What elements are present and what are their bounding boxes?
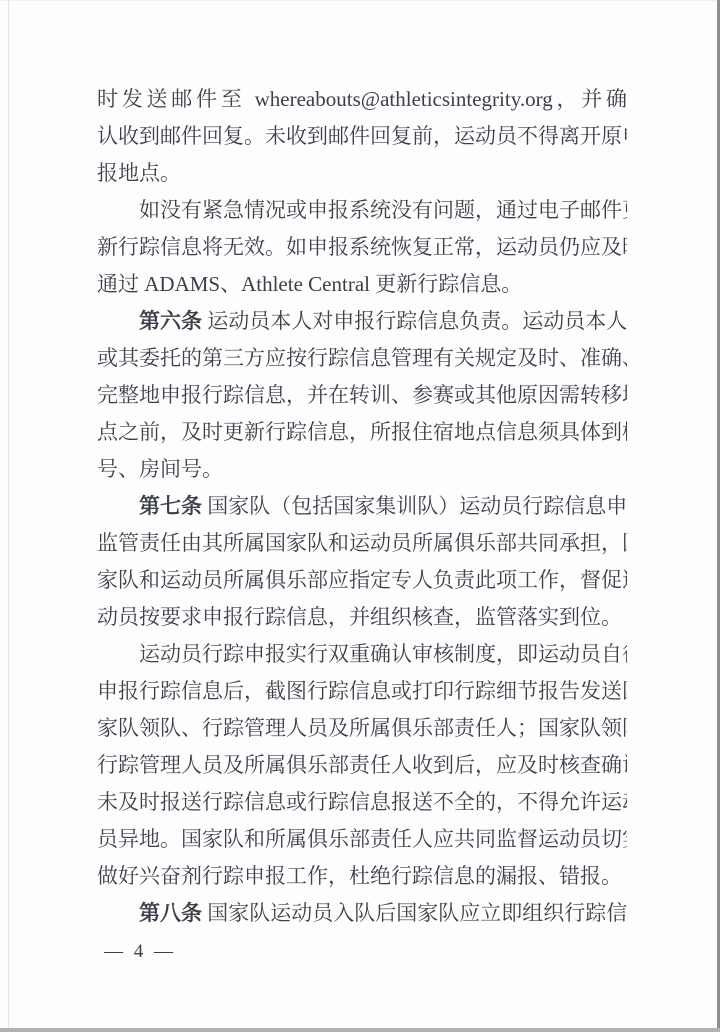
text-line: 做好兴奋剂行踪申报工作，杜绝行踪信息的漏报、错报。 (97, 858, 627, 895)
text-line: 第六条 运动员本人对申报行踪信息负责。运动员本人 (97, 303, 627, 340)
text-line: 或其委托的第三方应按行踪信息管理有关规定及时、准确、 (97, 340, 627, 377)
text-line: 点之前，及时更新行踪信息，所报住宿地点信息须具体到楼 (97, 414, 627, 451)
scan-edge-top (0, 0, 720, 1)
article-number: 第八条 (139, 901, 202, 925)
text-line: 如没有紧急情况或申报系统没有问题，通过电子邮件更 (97, 192, 627, 229)
text-line: 运动员行踪申报实行双重确认审核制度，即运动员自行 (97, 636, 627, 673)
scan-edge-left (8, 0, 9, 1032)
scanned-document-page: 时发送邮件至 whereabouts@athleticsintegrity.or… (0, 0, 720, 1032)
text-line: 号、房间号。 (97, 451, 627, 488)
text-line: 动员按要求申报行踪信息，并组织核查，监管落实到位。 (97, 599, 627, 636)
text-line: 新行踪信息将无效。如申报系统恢复正常，运动员仍应及时 (97, 229, 627, 266)
text-line: 未及时报送行踪信息或行踪信息报送不全的，不得允许运动 (97, 784, 627, 821)
text-line: 时发送邮件至 whereabouts@athleticsintegrity.or… (97, 81, 627, 118)
text-line: 第八条 国家队运动员入队后国家队应立即组织行踪信 (97, 895, 627, 932)
text-line: 员异地。国家队和所属俱乐部责任人应共同监督运动员切实 (97, 821, 627, 858)
page-number: — 4 — (104, 941, 176, 963)
document-text-block: 时发送邮件至 whereabouts@athleticsintegrity.or… (97, 81, 627, 932)
text-line: 完整地申报行踪信息，并在转训、参赛或其他原因需转移地 (97, 377, 627, 414)
text-line: 申报行踪信息后，截图行踪信息或打印行踪细节报告发送国 (97, 673, 627, 710)
text-line: 第七条 国家队（包括国家集训队）运动员行踪信息申报 (97, 488, 627, 525)
scan-edge-bottom (0, 1028, 720, 1032)
text-line: 家队领队、行踪管理人员及所属俱乐部责任人；国家队领队、 (97, 710, 627, 747)
text-line: 行踪管理人员及所属俱乐部责任人收到后，应及时核查确认， (97, 747, 627, 784)
article-number: 第六条 (139, 309, 202, 333)
text-line: 监管责任由其所属国家队和运动员所属俱乐部共同承担，国 (97, 525, 627, 562)
text-line: 家队和运动员所属俱乐部应指定专人负责此项工作，督促运 (97, 562, 627, 599)
text-line: 通过 ADAMS、Athlete Central 更新行踪信息。 (97, 266, 627, 303)
text-line: 认收到邮件回复。未收到邮件回复前，运动员不得离开原申 (97, 118, 627, 155)
article-number: 第七条 (139, 494, 202, 518)
text-line: 报地点。 (97, 155, 627, 192)
